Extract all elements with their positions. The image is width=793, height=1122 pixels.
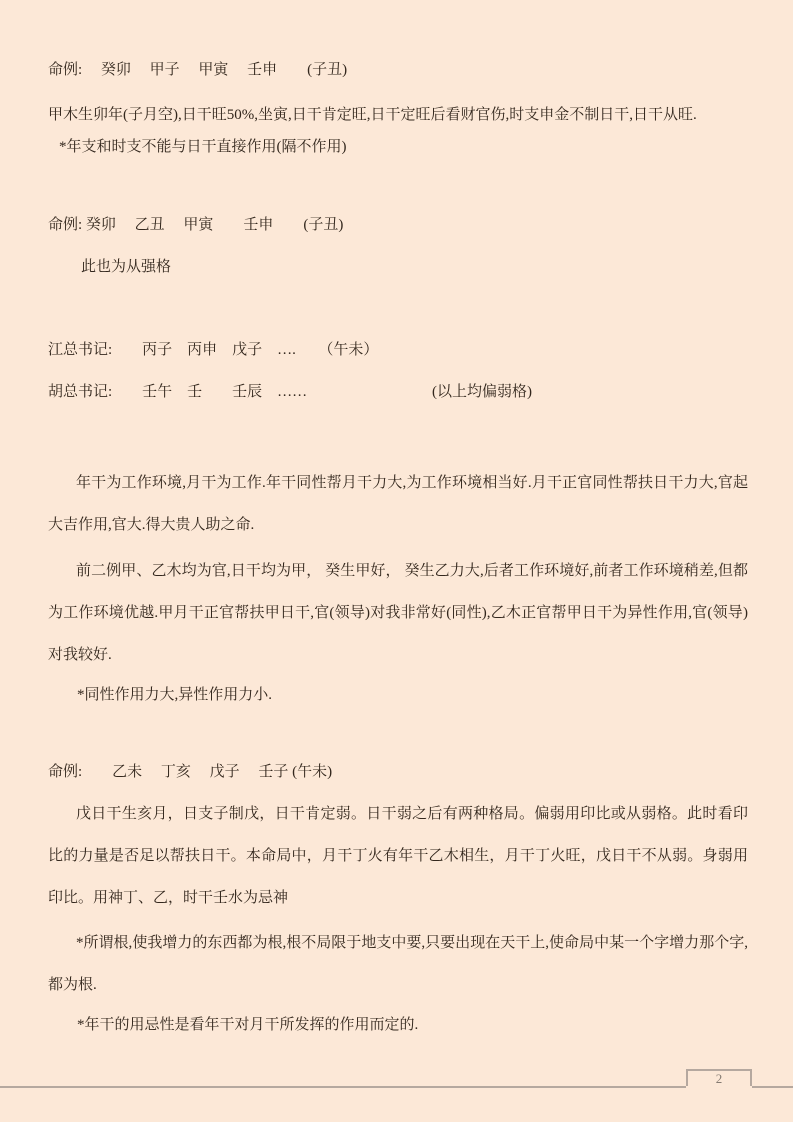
hu-line-annotation: (以上均偏弱格) xyxy=(432,382,532,402)
document-page: 命例: 癸卯 甲子 甲寅 壬申 (子丑) 甲木生卯年(子月空),日干旺50%,坐… xyxy=(0,0,793,1122)
footer-rule-right xyxy=(752,1086,793,1088)
hu-line-pillars: 胡总书记: 壬午 壬 壬辰 …… xyxy=(48,382,307,402)
note-year-stem: *年干的用忌性是看年干对月干所发挥的作用而定的. xyxy=(77,1015,418,1035)
para-wu-day: 戊日干生亥月，日支子制戊，日干肯定弱。日干弱之后有两种格局。偏弱用印比或从弱格。… xyxy=(48,793,748,919)
page-number: 2 xyxy=(716,1071,723,1086)
example1-analysis: 甲木生卯年(子月空),日干旺50%,坐寅,日干肯定旺,日干定旺后看财官伤,时支申… xyxy=(48,105,697,125)
footer-rule-left xyxy=(0,1086,686,1088)
example1-header: 命例: 癸卯 甲子 甲寅 壬申 (子丑) xyxy=(48,60,347,80)
example3-header: 命例: 乙未 丁亥 戊子 壬子 (午未) xyxy=(48,762,332,782)
note-root: *所谓根,使我增力的东西都为根,根不局限于地支中要,只要出现在天干上,使命局中某… xyxy=(48,922,748,1006)
note-year-hour-branch: *年支和时支不能与日干直接作用(隔不作用) xyxy=(59,137,347,157)
example2-header: 命例: 癸卯 乙丑 甲寅 壬申 (子丑) xyxy=(48,215,343,235)
para-work-env: 年干为工作环境,月干为工作.年干同性帮月干力大,为工作环境相当好.月干正官同性帮… xyxy=(48,462,748,546)
para-two-examples: 前二例甲、乙木均为官,日干均为甲， 癸生甲好， 癸生乙力大,后者工作环境好,前者… xyxy=(48,550,748,676)
page-number-tab: 2 xyxy=(686,1069,752,1086)
jiang-line: 江总书记: 丙子 丙申 戊子 …. （午未） xyxy=(48,340,378,360)
example2-note: 此也为从强格 xyxy=(81,257,171,277)
note-same-sex: *同性作用力大,异性作用力小. xyxy=(77,685,272,705)
